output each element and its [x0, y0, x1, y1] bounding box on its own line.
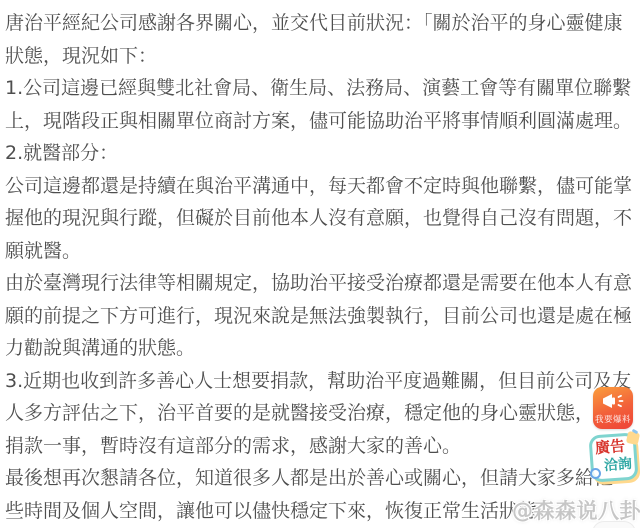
text-line: 上，現階段正與相關單位商討方案，儘可能協助治平將事情順利圓滿處理。: [5, 105, 639, 138]
text-line: 願就醫。: [5, 235, 639, 268]
text-line: 1.公司這邊已經與雙北社會局、衛生局、法務局、演藝工會等有關單位聯繫: [5, 72, 639, 105]
text-line: 願的前提之下方可進行，現況來說是無法強製執行，目前公司也還是處在極: [5, 300, 639, 333]
text-line: 握他的現況與行蹤，但礙於目前他本人沒有意願，也覺得自己沒有問題，不: [5, 202, 639, 235]
cutoff-bubble: [592, 521, 636, 528]
text-line: 2.就醫部分：: [5, 137, 639, 170]
text-line: 公司這邊都還是持續在與治平溝通中，每天都會不定時與他聯繫，儘可能掌: [5, 170, 639, 203]
text-line: 捐款一事，暫時沒有這部分的需求，感謝大家的善心。: [5, 430, 639, 463]
text-line: 最後想再次懇請各位，知道很多人都是出於善心或關心，但請大家多給他: [5, 462, 639, 495]
folded-corner-decoration: [626, 431, 640, 445]
article-page: 唐治平經紀公司感謝各界關心，並交代目前狀況：「關於治平的身心靈健康狀態，現況如下…: [0, 0, 640, 528]
text-line: 人多方評估之下，治平首要的是就醫接受治療，穩定他的身心靈狀態，: [5, 397, 639, 430]
report-button[interactable]: 我要爆料: [593, 387, 633, 429]
ad-button-label-bottom: 洽詢: [603, 453, 633, 475]
text-line: 力勸說與溝通的狀態。: [5, 332, 639, 365]
text-line: 由於臺灣現行法律等相關規定，協助治平接受治療都還是需要在他本人有意: [5, 267, 639, 300]
stamp-decoration: [590, 468, 601, 479]
megaphone-icon: [600, 391, 626, 411]
report-button-label: 我要爆料: [595, 413, 631, 425]
text-line: 狀態，現況如下：: [5, 40, 639, 73]
text-line: 唐治平經紀公司感謝各界關心，並交代目前狀況：「關於治平的身心靈健康: [5, 7, 639, 40]
ad-inquiry-button[interactable]: 廣告 洽詢: [590, 434, 637, 481]
article-body: 唐治平經紀公司感謝各界關心，並交代目前狀況：「關於治平的身心靈健康狀態，現況如下…: [5, 7, 639, 527]
text-line: 3.近期也收到許多善心人士想要捐款，幫助治平度過難關，但目前公司及友: [5, 365, 639, 398]
